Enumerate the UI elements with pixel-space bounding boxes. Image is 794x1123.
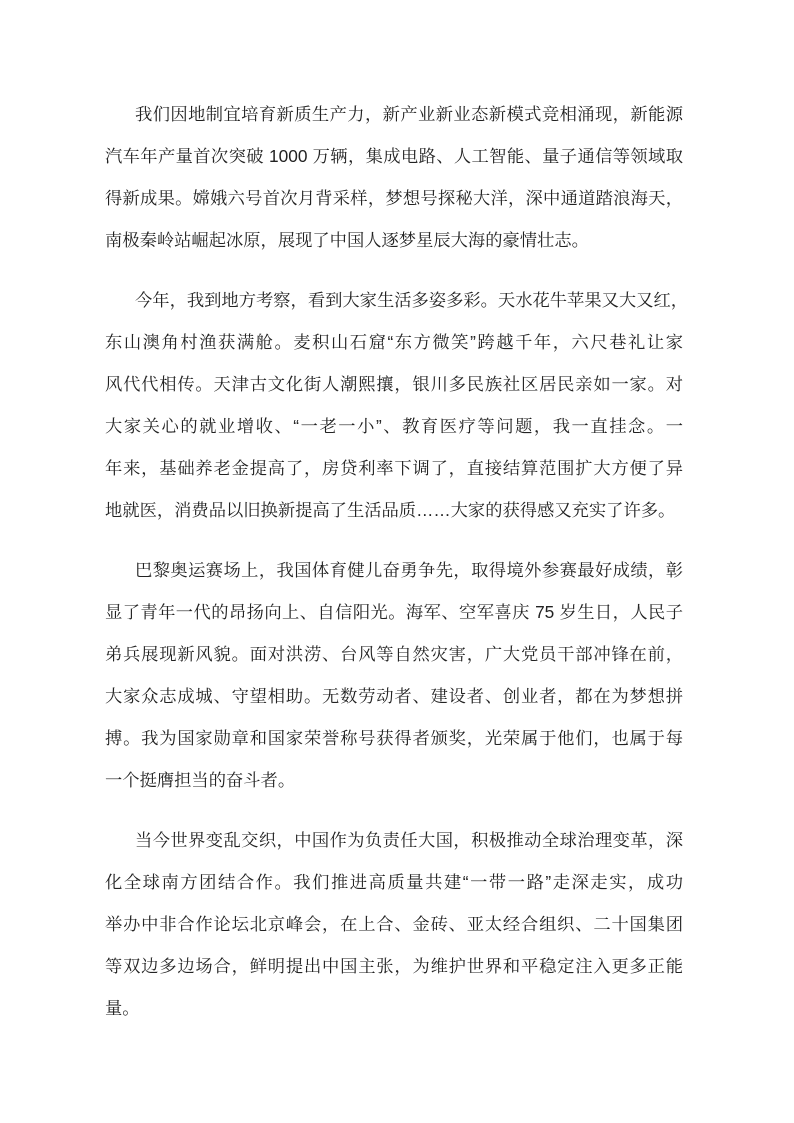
paragraph-2: 今年，我到地方考察，看到大家生活多姿多彩。天水花牛苹果又大又红， 东山澳角村渔获… — [105, 279, 683, 531]
text-line: 量。 — [105, 987, 683, 1029]
text-line: 今年，我到地方考察，看到大家生活多姿多彩。天水花牛苹果又大又红， — [105, 279, 683, 321]
text-line: 东山澳角村渔获满舱。麦积山石窟“东方微笑”跨越千年，六尺巷礼让家 — [105, 321, 683, 363]
text-line: 化全球南方团结合作。我们推进高质量共建“一带一路”走深走实，成功 — [105, 861, 683, 903]
text-line: 大家关心的就业增收、“一老一小”、教育医疗等问题，我一直挂念。一 — [105, 405, 683, 447]
paragraph-3: 巴黎奥运赛场上，我国体育健儿奋勇争先，取得境外参赛最好成绩，彰 显了青年一代的昂… — [105, 549, 683, 801]
text-line: 等双边多边场合，鲜明提出中国主张，为维护世界和平稳定注入更多正能 — [105, 945, 683, 987]
text-line: 年来，基础养老金提高了，房贷利率下调了，直接结算范围扩大方便了异 — [105, 447, 683, 489]
text-line: 汽车年产量首次突破 1000 万辆，集成电路、人工智能、量子通信等领域取 — [105, 135, 683, 177]
text-line: 当今世界变乱交织，中国作为负责任大国，积极推动全球治理变革，深 — [105, 819, 683, 861]
paragraph-4: 当今世界变乱交织，中国作为负责任大国，积极推动全球治理变革，深 化全球南方团结合… — [105, 819, 683, 1029]
text-line: 显了青年一代的昂扬向上、自信阳光。海军、空军喜庆 75 岁生日，人民子 — [105, 591, 683, 633]
text-line: 巴黎奥运赛场上，我国体育健儿奋勇争先，取得境外参赛最好成绩，彰 — [105, 549, 683, 591]
text-line: 大家众志成城、守望相助。无数劳动者、建设者、创业者，都在为梦想拼 — [105, 675, 683, 717]
text-line: 地就医，消费品以旧换新提高了生活品质……大家的获得感又充实了许多。 — [105, 489, 683, 531]
text-line: 弟兵展现新风貌。面对洪涝、台风等自然灾害，广大党员干部冲锋在前， — [105, 633, 683, 675]
text-line: 我们因地制宜培育新质生产力，新产业新业态新模式竞相涌现，新能源 — [105, 93, 683, 135]
text-line: 南极秦岭站崛起冰原，展现了中国人逐梦星辰大海的豪情壮志。 — [105, 219, 683, 261]
document-body: 我们因地制宜培育新质生产力，新产业新业态新模式竞相涌现，新能源 汽车年产量首次突… — [105, 93, 683, 1047]
text-line: 搏。我为国家勋章和国家荣誉称号获得者颁奖，光荣属于他们，也属于每 — [105, 717, 683, 759]
text-line: 举办中非合作论坛北京峰会，在上合、金砖、亚太经合组织、二十国集团 — [105, 903, 683, 945]
text-line: 风代代相传。天津古文化街人潮熙攘，银川多民族社区居民亲如一家。对 — [105, 363, 683, 405]
document-page: 我们因地制宜培育新质生产力，新产业新业态新模式竞相涌现，新能源 汽车年产量首次突… — [0, 0, 794, 1123]
text-line: 得新成果。嫦娥六号首次月背采样，梦想号探秘大洋，深中通道踏浪海天， — [105, 177, 683, 219]
text-line: 一个挺膺担当的奋斗者。 — [105, 759, 683, 801]
paragraph-1: 我们因地制宜培育新质生产力，新产业新业态新模式竞相涌现，新能源 汽车年产量首次突… — [105, 93, 683, 261]
